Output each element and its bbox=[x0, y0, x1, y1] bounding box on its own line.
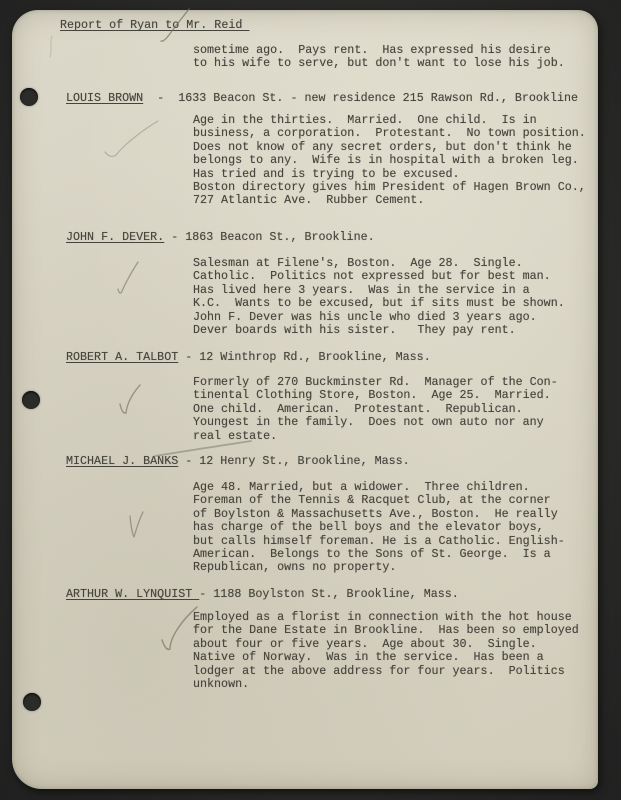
entry-paragraph: Boston directory gives him President of … bbox=[193, 181, 586, 208]
entry-address: - 1188 Boylston St., Brookline, Mass. bbox=[199, 587, 459, 601]
entry-paragraph: Employed as a florist in connection with… bbox=[193, 611, 579, 691]
entry-heading-john-f-dever: JOHN F. DEVER. - 1863 Beacon St., Brookl… bbox=[66, 231, 375, 244]
entry-heading-robert-a-talbot: ROBERT A. TALBOT - 12 Winthrop Rd., Broo… bbox=[66, 351, 431, 364]
entry-paragraph: Salesman at Filene's, Boston. Age 28. Si… bbox=[193, 257, 565, 337]
punch-hole-middle bbox=[22, 391, 40, 409]
entry-name: LOUIS BROWN bbox=[66, 91, 143, 105]
entry-heading-arthur-w-lynquist: ARTHUR W. LYNQUIST - 1188 Boylston St., … bbox=[66, 588, 459, 601]
entry-name: ARTHUR W. LYNQUIST bbox=[66, 587, 199, 601]
entry-address: - 1863 Beacon St., Brookline. bbox=[164, 230, 374, 244]
entry-address: - 12 Winthrop Rd., Brookline, Mass. bbox=[178, 350, 431, 364]
document-page: Report of Ryan to Mr. Reid sometime ago.… bbox=[12, 10, 598, 789]
entry-heading-louis-brown: LOUIS BROWN - 1633 Beacon St. - new resi… bbox=[66, 92, 578, 105]
report-title-text: Report of Ryan to Mr. Reid bbox=[60, 18, 249, 32]
entry-name: MICHAEL J. BANKS bbox=[66, 454, 178, 468]
entry-paragraph: Age 48. Married, but a widower. Three ch… bbox=[193, 481, 565, 575]
entry-name: JOHN F. DEVER. bbox=[66, 230, 164, 244]
entry-address: - 1633 Beacon St. - new residence 215 Ra… bbox=[143, 91, 578, 105]
intro-paragraph: sometime ago. Pays rent. Has expressed h… bbox=[193, 44, 565, 71]
report-title: Report of Ryan to Mr. Reid bbox=[60, 19, 249, 32]
scan-background: Report of Ryan to Mr. Reid sometime ago.… bbox=[0, 0, 621, 800]
entry-name: ROBERT A. TALBOT bbox=[66, 350, 178, 364]
entry-heading-michael-j-banks: MICHAEL J. BANKS - 12 Henry St., Brookli… bbox=[66, 455, 410, 468]
punch-hole-bottom bbox=[23, 693, 41, 711]
entry-paragraph: Age in the thirties. Married. One child.… bbox=[193, 114, 586, 181]
entry-address: - 12 Henry St., Brookline, Mass. bbox=[178, 454, 409, 468]
punch-hole-top bbox=[20, 88, 38, 106]
entry-paragraph: Formerly of 270 Buckminster Rd. Manager … bbox=[193, 376, 558, 443]
